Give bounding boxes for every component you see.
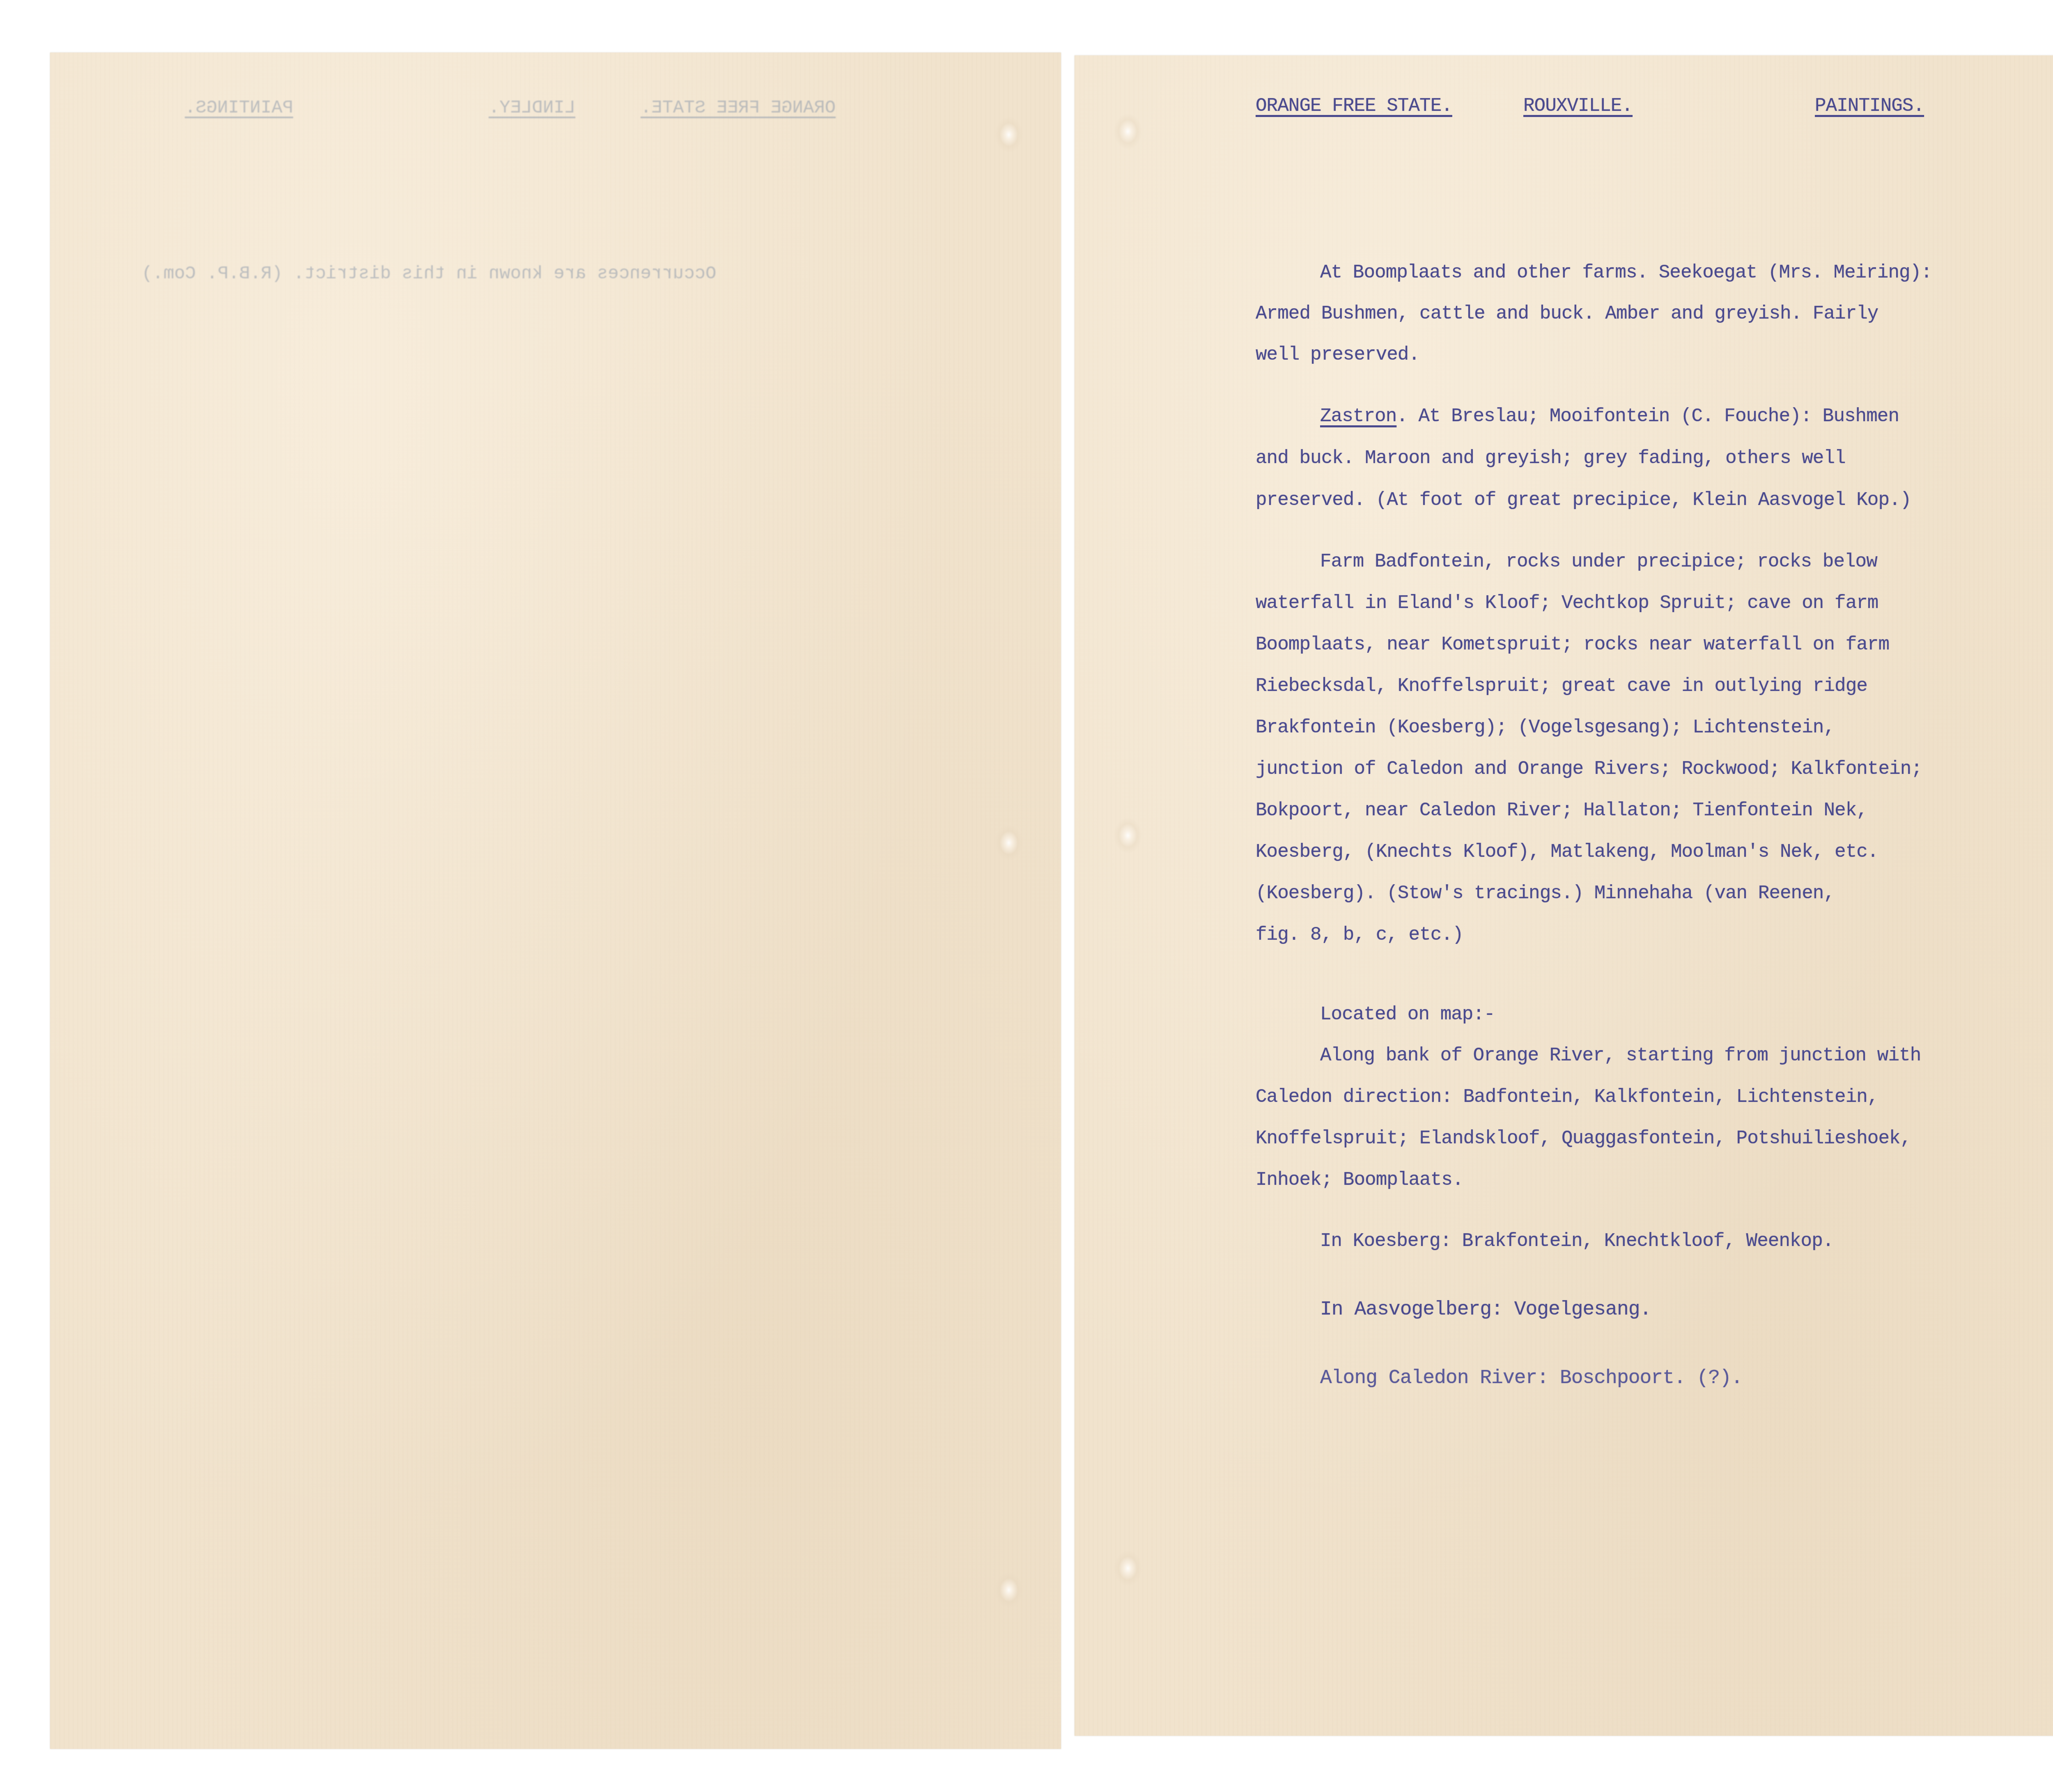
para3-line7: Bokpoort, near Caledon River; Hallaton; … bbox=[1256, 800, 1867, 821]
para1-line1: At Boomplaats and other farms. Seekoegat… bbox=[1320, 262, 1932, 283]
punch-hole bbox=[994, 824, 1023, 861]
map-heading: Located on map:- bbox=[1320, 1004, 1495, 1025]
punch-hole bbox=[994, 1572, 1023, 1608]
punch-hole bbox=[994, 116, 1023, 153]
para2-line2: and buck. Maroon and greyish; grey fadin… bbox=[1256, 447, 1846, 469]
para1-line2: Armed Bushmen, cattle and buck. Amber an… bbox=[1256, 303, 1878, 324]
para3-line4: Riebecksdal, Knoffelspruit; great cave i… bbox=[1256, 675, 1867, 697]
para2-line1: Zastron. At Breslau; Mooifontein (C. Fou… bbox=[1320, 406, 1899, 427]
para4-line1: Along bank of Orange River, starting fro… bbox=[1320, 1045, 1921, 1066]
left-header-district: LINDLEY. bbox=[489, 98, 575, 118]
left-header-subject: PAINTINGS. bbox=[185, 98, 293, 118]
left-page bbox=[50, 53, 1061, 1749]
koesberg-line: In Koesberg: Brakfontein, Knechtkloof, W… bbox=[1320, 1230, 1833, 1252]
para3-line8: Koesberg, (Knechts Kloof), Matlakeng, Mo… bbox=[1256, 841, 1878, 863]
para4-line4: Inhoek; Boomplaats. bbox=[1256, 1169, 1463, 1191]
para3-line2: waterfall in Eland's Kloof; Vechtkop Spr… bbox=[1256, 592, 1878, 614]
caledon-river-line: Along Caledon River: Boschpoort. (?). bbox=[1320, 1367, 1743, 1389]
header-region: ORANGE FREE STATE. bbox=[1256, 95, 1452, 117]
para4-line2: Caledon direction: Badfontein, Kalkfonte… bbox=[1256, 1086, 1878, 1108]
header-district: ROUXVILLE. bbox=[1523, 95, 1633, 117]
punch-hole bbox=[1114, 1550, 1142, 1587]
left-body-text: Occurrences are known in this district. … bbox=[142, 264, 716, 284]
left-header-region: ORANGE FREE STATE. bbox=[641, 98, 836, 118]
para1-line3: well preserved. bbox=[1256, 344, 1419, 365]
para3-line9: (Koesberg). (Stow's tracings.) Minnehaha… bbox=[1256, 883, 1835, 904]
punch-hole bbox=[1114, 817, 1142, 854]
para3-line10: fig. 8, b, c, etc.) bbox=[1256, 924, 1463, 945]
header-subject: PAINTINGS. bbox=[1815, 95, 1924, 117]
para2-lead-rest: . At Breslau; Mooifontein (C. Fouche): B… bbox=[1396, 406, 1899, 427]
zastron-heading: Zastron bbox=[1320, 406, 1396, 427]
para3-line5: Brakfontein (Koesberg); (Vogelsgesang); … bbox=[1256, 717, 1835, 738]
punch-hole bbox=[1114, 113, 1142, 150]
aasvogelberg-line: In Aasvogelberg: Vogelgesang. bbox=[1320, 1299, 1651, 1321]
para3-line6: junction of Caledon and Orange Rivers; R… bbox=[1256, 758, 1922, 780]
para2-line3: preserved. (At foot of great precipice, … bbox=[1256, 489, 1911, 511]
para3-line3: Boomplaats, near Kometspruit; rocks near… bbox=[1256, 634, 1889, 655]
para4-line3: Knoffelspruit; Elandskloof, Quaggasfonte… bbox=[1256, 1128, 1911, 1149]
para3-line1: Farm Badfontein, rocks under precipice; … bbox=[1320, 551, 1877, 572]
